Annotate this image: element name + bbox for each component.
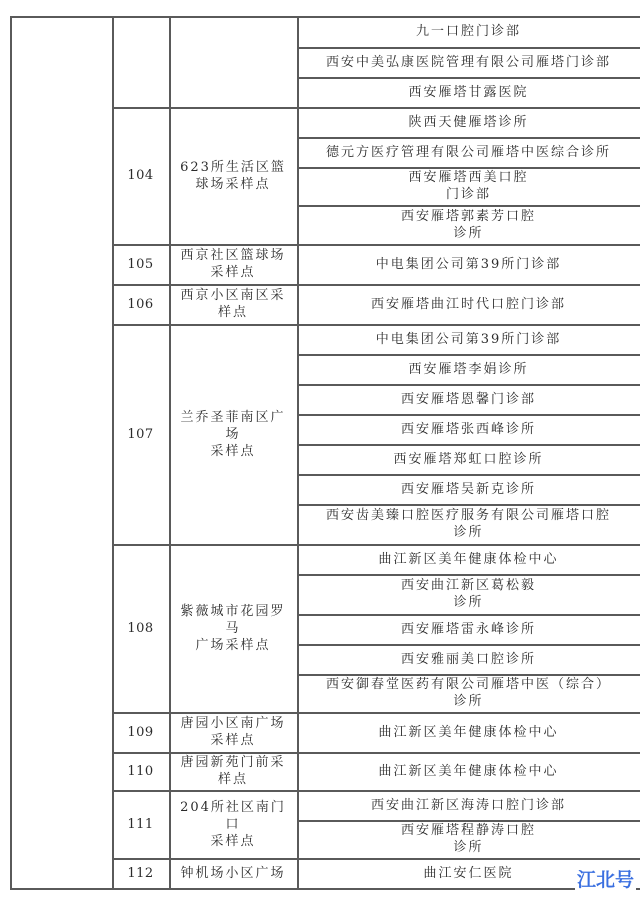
row-number: 105 — [112, 244, 169, 284]
clinic-name: 西安御春堂医药有限公司雁塔中医（综合） 诊所 — [297, 674, 640, 712]
sampling-site-clinic-table: 九一口腔门诊部西安中美弘康医院管理有限公司雁塔门诊部西安雁塔甘露医院104623… — [0, 0, 640, 900]
sampling-site-name — [169, 16, 297, 107]
clinic-name: 西安雁塔郑虹口腔诊所 — [297, 444, 640, 474]
sampling-site-name: 唐园小区南广场 采样点 — [169, 712, 297, 752]
row-number: 109 — [112, 712, 169, 752]
sampling-site-name: 623所生活区篮 球场采样点 — [169, 107, 297, 244]
clinic-name: 西安雁塔李娟诊所 — [297, 354, 640, 384]
sampling-site-name: 唐园新苑门前采 样点 — [169, 752, 297, 790]
row-number — [112, 16, 169, 107]
clinic-name: 陕西天健雁塔诊所 — [297, 107, 640, 137]
sampling-site-name: 西京社区篮球场 采样点 — [169, 244, 297, 284]
column-divider — [10, 16, 12, 888]
sampling-site-name: 钟机场小区广场 — [169, 858, 297, 888]
row-number: 111 — [112, 790, 169, 858]
clinic-name: 西安雁塔张西峰诊所 — [297, 414, 640, 444]
clinic-name: 德元方医疗管理有限公司雁塔中医综合诊所 — [297, 137, 640, 167]
clinic-name: 西安曲江新区葛松毅 诊所 — [297, 574, 640, 614]
watermark-logo: 江北号 — [575, 865, 636, 892]
clinic-name: 曲江新区美年健康体检中心 — [297, 544, 640, 574]
clinic-name: 中电集团公司第39所门诊部 — [297, 244, 640, 284]
clinic-name: 西安雁塔西美口腔 门诊部 — [297, 167, 640, 205]
sampling-site-name: 204所社区南门 口 采样点 — [169, 790, 297, 858]
clinic-name: 西安雁塔程静涛口腔 诊所 — [297, 820, 640, 858]
row-number: 108 — [112, 544, 169, 712]
clinic-name: 西安雁塔雷永峰诊所 — [297, 614, 640, 644]
clinic-name: 西安雅丽美口腔诊所 — [297, 644, 640, 674]
sampling-site-name: 紫薇城市花园罗 马 广场采样点 — [169, 544, 297, 712]
row-number: 104 — [112, 107, 169, 244]
clinic-name: 西安雁塔恩馨门诊部 — [297, 384, 640, 414]
row-number: 112 — [112, 858, 169, 888]
sampling-site-name: 西京小区南区采 样点 — [169, 284, 297, 324]
clinic-name: 西安雁塔甘露医院 — [297, 77, 640, 107]
group-row-divider — [112, 888, 640, 890]
clinic-name: 西安雁塔郭素芳口腔 诊所 — [297, 205, 640, 244]
row-number: 106 — [112, 284, 169, 324]
clinic-name: 西安曲江新区海涛口腔门诊部 — [297, 790, 640, 820]
clinic-name: 曲江新区美年健康体检中心 — [297, 752, 640, 790]
row-number: 110 — [112, 752, 169, 790]
row-number: 107 — [112, 324, 169, 544]
sampling-site-name: 兰乔圣菲南区广 场 采样点 — [169, 324, 297, 544]
clinic-name: 西安齿美臻口腔医疗服务有限公司雁塔口腔 诊所 — [297, 504, 640, 544]
clinic-name: 西安雁塔吴新克诊所 — [297, 474, 640, 504]
clinic-name: 西安雁塔曲江时代口腔门诊部 — [297, 284, 640, 324]
clinic-name: 中电集团公司第39所门诊部 — [297, 324, 640, 354]
clinic-name: 曲江新区美年健康体检中心 — [297, 712, 640, 752]
clinic-name: 西安中美弘康医院管理有限公司雁塔门诊部 — [297, 47, 640, 77]
clinic-name: 九一口腔门诊部 — [297, 16, 640, 47]
